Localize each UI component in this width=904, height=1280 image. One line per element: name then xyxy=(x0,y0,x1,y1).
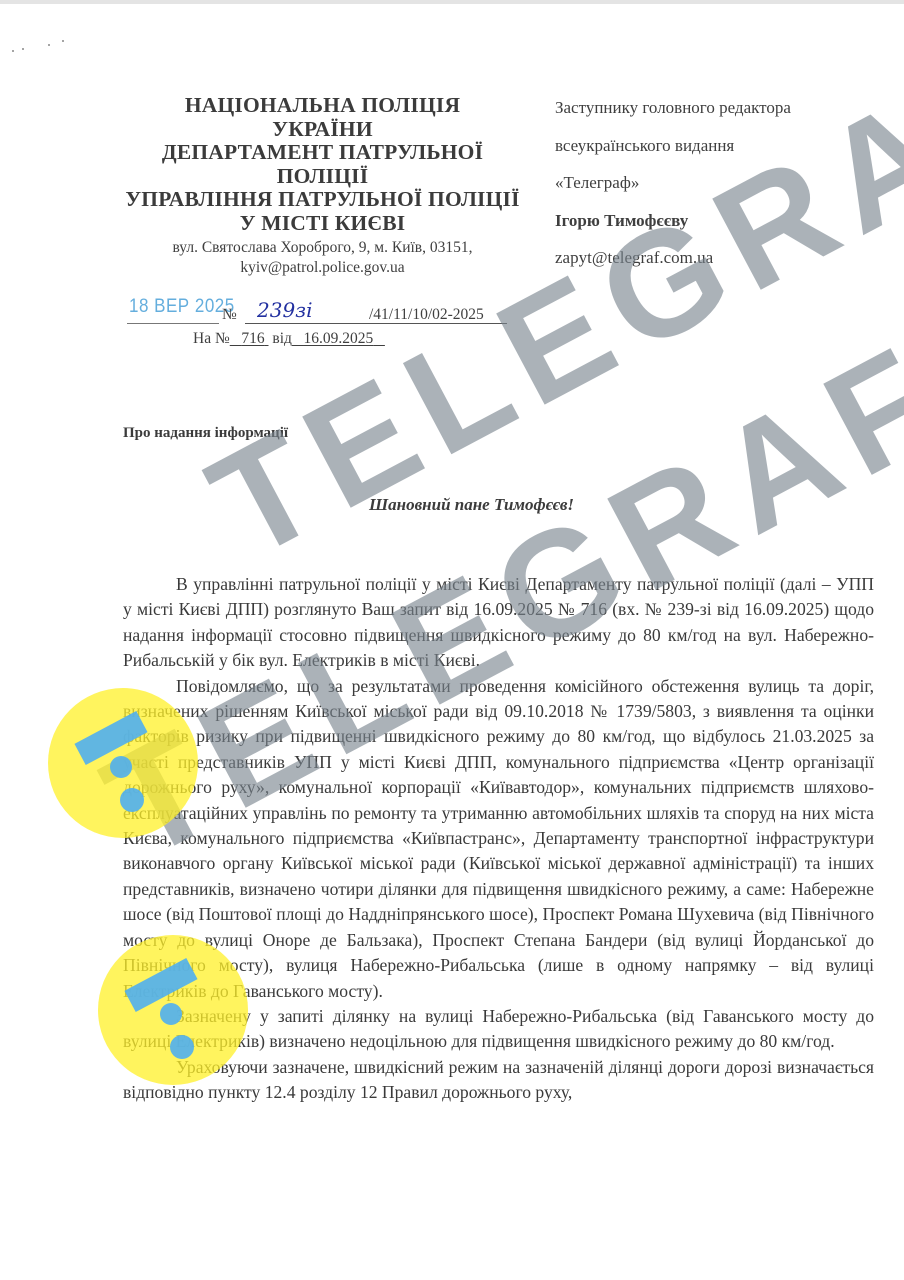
body-paragraph: Зазначену у запиті ділянку на вулиці Наб… xyxy=(123,1004,874,1055)
sender-header: НАЦІОНАЛЬНА ПОЛІЦІЯ УКРАЇНИ ДЕПАРТАМЕНТ … xyxy=(110,94,535,279)
sender-address: вул. Святослава Хороброго, 9, м. Київ, 0… xyxy=(110,237,535,259)
reg-suffix: /41/11/10/02-2025 xyxy=(369,306,484,324)
registration-line: 18 ВЕР 2025 № 239зі /41/11/10/02-2025 xyxy=(127,302,507,326)
addressee-name: Ігорю Тимофєєву xyxy=(555,209,875,247)
body-paragraph: Ураховуючи зазначене, швидкісний режим н… xyxy=(123,1055,874,1106)
sender-email: kyiv@patrol.police.gov.ua xyxy=(110,257,535,279)
salutation: Шановний пане Тимофєєв! xyxy=(369,495,574,515)
org-line: ДЕПАРТАМЕНТ ПАТРУЛЬНОЇ xyxy=(110,141,535,165)
reg-no-label: № xyxy=(222,306,237,324)
scan-specks xyxy=(10,38,70,58)
ref-prefix: На № xyxy=(193,330,230,347)
top-edge xyxy=(0,0,904,4)
org-line: УКРАЇНИ xyxy=(110,118,535,142)
addressee-line: всеукраїнського видання xyxy=(555,134,875,172)
body-paragraph: Повідомляємо, що за результатами проведе… xyxy=(123,674,874,1004)
org-line: НАЦІОНАЛЬНА ПОЛІЦІЯ xyxy=(110,94,535,118)
org-line: ПОЛІЦІЇ xyxy=(110,165,535,189)
subject-line: Про надання інформації xyxy=(123,425,288,442)
body-paragraph: В управлінні патрульної поліції у місті … xyxy=(123,572,874,674)
reference-line: На № 716 від 16.09.2025 xyxy=(193,330,385,348)
org-line: У МІСТІ КИЄВІ xyxy=(110,212,535,236)
ref-number: 716 xyxy=(241,330,264,347)
addressee-line: Заступнику головного редактора xyxy=(555,96,875,134)
addressee-block: Заступнику головного редактора всеукраїн… xyxy=(555,96,875,284)
ref-from-label: від xyxy=(272,330,292,347)
ref-date: 16.09.2025 xyxy=(304,330,374,347)
date-stamp: 18 ВЕР 2025 xyxy=(129,295,235,318)
letter-body: В управлінні патрульної поліції у місті … xyxy=(123,572,874,1106)
addressee-line: «Телеграф» xyxy=(555,171,875,209)
handwritten-number: 239зі xyxy=(257,298,312,322)
addressee-email: zapyt@telegraf.com.ua xyxy=(555,246,875,284)
date-underline xyxy=(127,323,219,324)
org-line: УПРАВЛІННЯ ПАТРУЛЬНОЇ ПОЛІЦІЇ xyxy=(110,188,535,212)
